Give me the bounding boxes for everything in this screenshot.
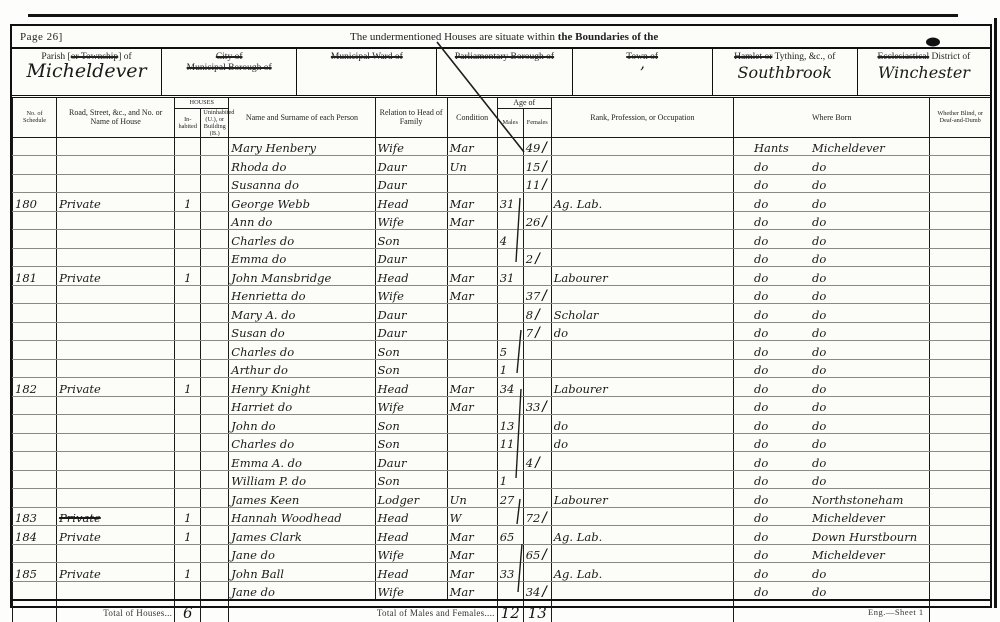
cell-condition: W bbox=[447, 507, 497, 526]
born-county: do bbox=[736, 420, 812, 433]
total-houses-value: 6 bbox=[175, 600, 201, 622]
cell-inhabited bbox=[175, 581, 201, 600]
page-number: Page 26] bbox=[12, 31, 350, 43]
born-county: do bbox=[736, 290, 812, 303]
born-place: do bbox=[812, 308, 826, 322]
cell-age-male: 4 bbox=[497, 230, 523, 249]
census-table-body: Mary HenberyWifeMar49∕HantsMicheldeverRh… bbox=[13, 137, 991, 600]
born-place: do bbox=[812, 400, 826, 414]
cell-age-female bbox=[523, 267, 551, 286]
born-place: do bbox=[812, 271, 826, 285]
cell-disability bbox=[930, 322, 990, 341]
cell-age-male bbox=[497, 137, 523, 156]
tally-mark: ∕ bbox=[534, 307, 541, 321]
cell-age-female bbox=[523, 526, 551, 545]
table-row: 185Private1John BallHeadMar33Ag. Lab.dod… bbox=[13, 563, 991, 582]
cell-disability bbox=[930, 415, 990, 434]
cell-relation: Son bbox=[375, 470, 447, 489]
cell-road: Private bbox=[57, 193, 175, 212]
born-county: do bbox=[736, 401, 812, 414]
born-place: do bbox=[812, 474, 826, 488]
footer-blank bbox=[930, 600, 990, 622]
district-cell: Parliamentary Borough of bbox=[437, 49, 572, 95]
born-place: do bbox=[812, 567, 826, 581]
cell-road bbox=[57, 433, 175, 452]
cell-road bbox=[57, 322, 175, 341]
cell-road bbox=[57, 581, 175, 600]
cell-age-female bbox=[523, 378, 551, 397]
cell-condition: Un bbox=[447, 489, 497, 508]
cell-name: Charles do bbox=[229, 230, 375, 249]
cell-age-female bbox=[523, 433, 551, 452]
cell-where-born: dodo bbox=[734, 156, 930, 175]
cell-occupation bbox=[551, 544, 733, 563]
col-uninhabited: Uninhabited (U.), or Building (B.) bbox=[201, 108, 229, 137]
cell-occupation bbox=[551, 174, 733, 193]
cell-age-female: 8∕ bbox=[523, 304, 551, 323]
col-houses: HOUSES bbox=[175, 98, 229, 108]
census-scan-page: Page 26] The undermentioned Houses are s… bbox=[0, 0, 1000, 622]
table-row: Emma A. doDaur4∕dodo bbox=[13, 452, 991, 471]
table-row: Charles doSon4dodo bbox=[13, 230, 991, 249]
cell-name: James Keen bbox=[229, 489, 375, 508]
cell-schedule: 183 bbox=[13, 507, 57, 526]
total-houses-label: Total of Houses... bbox=[57, 600, 175, 622]
cell-occupation bbox=[551, 359, 733, 378]
cell-where-born: dodo bbox=[734, 267, 930, 286]
cell-disability bbox=[930, 341, 990, 360]
cell-road: Private bbox=[57, 267, 175, 286]
cell-age-male: 27 bbox=[497, 489, 523, 508]
cell-where-born: dodo bbox=[734, 378, 930, 397]
document-frame: Page 26] The undermentioned Houses are s… bbox=[10, 24, 992, 608]
born-county: do bbox=[736, 272, 812, 285]
cell-relation: Daur bbox=[375, 322, 447, 341]
tally-mark: ∕ bbox=[534, 252, 541, 266]
cell-schedule: 180 bbox=[13, 193, 57, 212]
cell-where-born: dodo bbox=[734, 322, 930, 341]
cell-relation: Daur bbox=[375, 452, 447, 471]
cell-occupation: Ag. Lab. bbox=[551, 193, 733, 212]
cell-relation: Daur bbox=[375, 174, 447, 193]
cell-condition: Un bbox=[447, 156, 497, 175]
cell-inhabited: 1 bbox=[175, 563, 201, 582]
cell-where-born: doMicheldever bbox=[734, 507, 930, 526]
born-county: do bbox=[736, 586, 812, 599]
cell-where-born: dodo bbox=[734, 581, 930, 600]
cell-age-male: 1 bbox=[497, 470, 523, 489]
cell-disability bbox=[930, 544, 990, 563]
born-place: do bbox=[812, 437, 826, 451]
cell-condition bbox=[447, 470, 497, 489]
cell-schedule bbox=[13, 322, 57, 341]
cell-relation: Wife bbox=[375, 211, 447, 230]
cell-disability bbox=[930, 452, 990, 471]
born-county: do bbox=[736, 549, 812, 562]
tally-mark: ∕ bbox=[541, 585, 548, 599]
table-row: 181Private1John MansbridgeHeadMar31Labou… bbox=[13, 267, 991, 286]
cell-uninhabited bbox=[201, 489, 229, 508]
cell-where-born: dodo bbox=[734, 341, 930, 360]
table-row: Arthur doSon1dodo bbox=[13, 359, 991, 378]
cell-name: Henrietta do bbox=[229, 285, 375, 304]
table-row: Susan doDaur7∕dododo bbox=[13, 322, 991, 341]
cell-uninhabited bbox=[201, 230, 229, 249]
cell-where-born: HantsMicheldever bbox=[734, 137, 930, 156]
cell-occupation bbox=[551, 470, 733, 489]
table-row: Harriet doWifeMar33∕dodo bbox=[13, 396, 991, 415]
cell-condition: Mar bbox=[447, 544, 497, 563]
cell-disability bbox=[930, 581, 990, 600]
cell-road: Private bbox=[57, 378, 175, 397]
district-header: Parish [or Township] ofMicheldeverCity o… bbox=[12, 49, 990, 98]
cell-relation: Wife bbox=[375, 396, 447, 415]
cell-age-female bbox=[523, 193, 551, 212]
table-row: Mary HenberyWifeMar49∕HantsMicheldever bbox=[13, 137, 991, 156]
cell-disability bbox=[930, 285, 990, 304]
cell-inhabited bbox=[175, 322, 201, 341]
cell-road bbox=[57, 396, 175, 415]
cell-schedule bbox=[13, 433, 57, 452]
born-county: Hants bbox=[736, 142, 812, 155]
tally-mark: ∕ bbox=[541, 548, 548, 562]
cell-schedule bbox=[13, 285, 57, 304]
cell-schedule bbox=[13, 248, 57, 267]
cell-condition: Mar bbox=[447, 396, 497, 415]
born-place: Micheldever bbox=[812, 511, 885, 525]
cell-age-female bbox=[523, 470, 551, 489]
cell-schedule bbox=[13, 544, 57, 563]
cell-road bbox=[57, 341, 175, 360]
cell-where-born: dodo bbox=[734, 396, 930, 415]
cell-relation: Head bbox=[375, 378, 447, 397]
cell-schedule bbox=[13, 581, 57, 600]
born-place: do bbox=[812, 252, 826, 266]
cell-relation: Head bbox=[375, 193, 447, 212]
cell-road bbox=[57, 415, 175, 434]
district-cell: City ofMunicipal Borough of bbox=[162, 49, 297, 95]
born-county: do bbox=[736, 179, 812, 192]
cell-schedule: 182 bbox=[13, 378, 57, 397]
born-county: do bbox=[736, 457, 812, 470]
born-county: do bbox=[736, 216, 812, 229]
cell-relation: Wife bbox=[375, 544, 447, 563]
cell-name: John Ball bbox=[229, 563, 375, 582]
cell-disability bbox=[930, 507, 990, 526]
cell-age-female: 72∕ bbox=[523, 507, 551, 526]
born-county: do bbox=[736, 198, 812, 211]
district-label: Ecclesiastical District of bbox=[858, 52, 990, 63]
cell-uninhabited bbox=[201, 267, 229, 286]
cell-condition bbox=[447, 248, 497, 267]
tally-mark: ∕ bbox=[541, 141, 548, 155]
table-row: Charles doSon11dododo bbox=[13, 433, 991, 452]
cell-relation: Daur bbox=[375, 156, 447, 175]
cell-name: Susanna do bbox=[229, 174, 375, 193]
cell-age-male bbox=[497, 544, 523, 563]
cell-where-born: doMicheldever bbox=[734, 544, 930, 563]
cell-uninhabited bbox=[201, 193, 229, 212]
scan-edge-top bbox=[28, 14, 958, 17]
census-table: No. of Schedule Road, Street, &c., and N… bbox=[12, 98, 990, 622]
scan-edge-right bbox=[994, 18, 997, 608]
footer-blank bbox=[13, 600, 57, 622]
cell-age-female: 33∕ bbox=[523, 396, 551, 415]
cell-occupation: Scholar bbox=[551, 304, 733, 323]
cell-inhabited bbox=[175, 248, 201, 267]
district-label: Town of bbox=[573, 52, 712, 63]
cell-occupation bbox=[551, 137, 733, 156]
cell-uninhabited bbox=[201, 248, 229, 267]
cell-age-male bbox=[497, 248, 523, 267]
cell-road bbox=[57, 452, 175, 471]
cell-disability bbox=[930, 563, 990, 582]
footer-blank bbox=[551, 600, 733, 622]
cell-disability bbox=[930, 248, 990, 267]
cell-road: Private bbox=[57, 507, 175, 526]
cell-occupation: Ag. Lab. bbox=[551, 563, 733, 582]
cell-inhabited bbox=[175, 544, 201, 563]
cell-name: John do bbox=[229, 415, 375, 434]
cell-condition bbox=[447, 304, 497, 323]
born-county: do bbox=[736, 235, 812, 248]
cell-age-female: 37∕ bbox=[523, 285, 551, 304]
cell-condition: Mar bbox=[447, 563, 497, 582]
born-place: do bbox=[812, 178, 826, 192]
born-place: Northstoneham bbox=[812, 493, 903, 507]
cell-condition bbox=[447, 341, 497, 360]
cell-relation: Wife bbox=[375, 285, 447, 304]
cell-occupation bbox=[551, 396, 733, 415]
cell-occupation bbox=[551, 452, 733, 471]
cell-relation: Son bbox=[375, 359, 447, 378]
cell-age-male bbox=[497, 174, 523, 193]
cell-name: Mary A. do bbox=[229, 304, 375, 323]
born-place: do bbox=[812, 197, 826, 211]
cell-age-male: 31 bbox=[497, 267, 523, 286]
cell-disability bbox=[930, 526, 990, 545]
cell-name: Ann do bbox=[229, 211, 375, 230]
cell-inhabited bbox=[175, 156, 201, 175]
cell-age-female: 65∕ bbox=[523, 544, 551, 563]
cell-name: Charles do bbox=[229, 433, 375, 452]
born-place: do bbox=[812, 585, 826, 599]
cell-inhabited bbox=[175, 341, 201, 360]
cell-schedule bbox=[13, 489, 57, 508]
cell-uninhabited bbox=[201, 341, 229, 360]
district-label-segment: City of bbox=[216, 52, 243, 62]
table-row: Charles doSon5dodo bbox=[13, 341, 991, 360]
cell-relation: Head bbox=[375, 563, 447, 582]
cell-uninhabited bbox=[201, 507, 229, 526]
cell-road: Private bbox=[57, 563, 175, 582]
cell-occupation: do bbox=[551, 322, 733, 341]
cell-uninhabited bbox=[201, 174, 229, 193]
cell-age-female bbox=[523, 563, 551, 582]
district-label: Hamlet or Tything, &c., of bbox=[713, 52, 857, 63]
district-label-segment: Hamlet or bbox=[734, 52, 772, 62]
cell-condition: Mar bbox=[447, 581, 497, 600]
cell-name: John Mansbridge bbox=[229, 267, 375, 286]
cell-occupation bbox=[551, 211, 733, 230]
footer-blank bbox=[201, 600, 229, 622]
col-schedule: No. of Schedule bbox=[13, 98, 57, 137]
cell-schedule bbox=[13, 304, 57, 323]
table-row: John doSon13dododo bbox=[13, 415, 991, 434]
cell-road bbox=[57, 470, 175, 489]
top-note: The undermentioned Houses are situate wi… bbox=[350, 31, 990, 43]
cell-inhabited bbox=[175, 230, 201, 249]
tally-mark: ∕ bbox=[541, 289, 548, 303]
cell-uninhabited bbox=[201, 285, 229, 304]
cell-condition: Mar bbox=[447, 211, 497, 230]
cell-relation: Son bbox=[375, 341, 447, 360]
cell-uninhabited bbox=[201, 396, 229, 415]
cell-inhabited bbox=[175, 359, 201, 378]
cell-where-born: dodo bbox=[734, 248, 930, 267]
cell-road bbox=[57, 174, 175, 193]
table-row: Henrietta doWifeMar37∕dodo bbox=[13, 285, 991, 304]
cell-uninhabited bbox=[201, 378, 229, 397]
cell-age-male: 13 bbox=[497, 415, 523, 434]
cell-uninhabited bbox=[201, 581, 229, 600]
cell-occupation bbox=[551, 581, 733, 600]
cell-road: Private bbox=[57, 526, 175, 545]
cell-occupation bbox=[551, 507, 733, 526]
cell-relation: Wife bbox=[375, 581, 447, 600]
cell-condition bbox=[447, 415, 497, 434]
cell-name: Emma do bbox=[229, 248, 375, 267]
cell-inhabited: 1 bbox=[175, 507, 201, 526]
cell-uninhabited bbox=[201, 563, 229, 582]
table-row: James KeenLodgerUn27LabourerdoNorthstone… bbox=[13, 489, 991, 508]
cell-where-born: dodo bbox=[734, 230, 930, 249]
cell-inhabited bbox=[175, 415, 201, 434]
cell-inhabited bbox=[175, 489, 201, 508]
district-cell: Municipal Ward of bbox=[297, 49, 437, 95]
cell-age-female: 2∕ bbox=[523, 248, 551, 267]
cell-disability bbox=[930, 156, 990, 175]
cell-relation: Daur bbox=[375, 304, 447, 323]
cell-relation: Lodger bbox=[375, 489, 447, 508]
born-place: do bbox=[812, 345, 826, 359]
cell-road bbox=[57, 489, 175, 508]
cell-schedule bbox=[13, 396, 57, 415]
cell-age-female: 11∕ bbox=[523, 174, 551, 193]
cell-inhabited bbox=[175, 137, 201, 156]
born-place: do bbox=[812, 289, 826, 303]
district-handwritten-value: Southbrook bbox=[713, 63, 857, 83]
cell-name: James Clark bbox=[229, 526, 375, 545]
cell-uninhabited bbox=[201, 137, 229, 156]
cell-schedule bbox=[13, 470, 57, 489]
cell-age-male bbox=[497, 452, 523, 471]
cell-age-male bbox=[497, 322, 523, 341]
cell-inhabited bbox=[175, 211, 201, 230]
cell-name: William P. do bbox=[229, 470, 375, 489]
cell-age-female bbox=[523, 415, 551, 434]
cell-where-born: dodo bbox=[734, 285, 930, 304]
cell-age-male: 33 bbox=[497, 563, 523, 582]
cell-name: Emma A. do bbox=[229, 452, 375, 471]
district-label-segment: Municipal Ward of bbox=[331, 52, 403, 62]
cell-age-female bbox=[523, 489, 551, 508]
col-occupation: Rank, Profession, or Occupation bbox=[551, 98, 733, 137]
cell-age-female: 7∕ bbox=[523, 322, 551, 341]
cell-relation: Head bbox=[375, 526, 447, 545]
cell-disability bbox=[930, 137, 990, 156]
cell-road bbox=[57, 230, 175, 249]
cell-inhabited bbox=[175, 304, 201, 323]
tally-mark: ∕ bbox=[534, 326, 541, 340]
cell-occupation: Ag. Lab. bbox=[551, 526, 733, 545]
cell-age-male: 11 bbox=[497, 433, 523, 452]
total-males-value: 12 bbox=[497, 600, 523, 622]
cell-relation: Son bbox=[375, 230, 447, 249]
district-label-segment: Parliamentary Borough of bbox=[455, 52, 554, 62]
cell-where-born: doDown Hurstbourn bbox=[734, 526, 930, 545]
cell-age-female bbox=[523, 341, 551, 360]
cell-age-male: 34 bbox=[497, 378, 523, 397]
cell-name: Jane do bbox=[229, 544, 375, 563]
cell-condition bbox=[447, 433, 497, 452]
born-place: do bbox=[812, 215, 826, 229]
cell-relation: Son bbox=[375, 433, 447, 452]
cell-disability bbox=[930, 489, 990, 508]
tally-mark: ∕ bbox=[541, 400, 548, 414]
cell-age-male: 1 bbox=[497, 359, 523, 378]
cell-where-born: dodo bbox=[734, 433, 930, 452]
cell-name: Susan do bbox=[229, 322, 375, 341]
col-age: Age of bbox=[497, 98, 551, 108]
district-label-segment: Ecclesiastical bbox=[877, 52, 929, 62]
born-place: do bbox=[812, 326, 826, 340]
tally-mark: ∕ bbox=[541, 511, 548, 525]
cell-uninhabited bbox=[201, 211, 229, 230]
table-row: Susanna doDaur11∕dodo bbox=[13, 174, 991, 193]
cell-uninhabited bbox=[201, 470, 229, 489]
top-note-normal: The undermentioned Houses are situate wi… bbox=[350, 31, 558, 43]
born-place: do bbox=[812, 363, 826, 377]
cell-uninhabited bbox=[201, 156, 229, 175]
cell-occupation bbox=[551, 248, 733, 267]
born-county: do bbox=[736, 253, 812, 266]
cell-name: Jane do bbox=[229, 581, 375, 600]
table-row: 183Private1Hannah WoodheadHeadW72∕doMich… bbox=[13, 507, 991, 526]
cell-road bbox=[57, 137, 175, 156]
cell-relation: Son bbox=[375, 415, 447, 434]
cell-occupation: Labourer bbox=[551, 489, 733, 508]
col-males: Males bbox=[497, 108, 523, 137]
cell-name: Mary Henbery bbox=[229, 137, 375, 156]
cell-name: Charles do bbox=[229, 341, 375, 360]
born-county: do bbox=[736, 364, 812, 377]
cell-occupation: do bbox=[551, 433, 733, 452]
sheet-label: Eng.—Sheet 1 bbox=[868, 607, 924, 617]
district-label-segment: Tything, &c., of bbox=[772, 52, 835, 62]
col-females: Females bbox=[523, 108, 551, 137]
cell-condition bbox=[447, 322, 497, 341]
col-name: Name and Surname of each Person bbox=[229, 98, 375, 137]
cell-inhabited bbox=[175, 452, 201, 471]
cell-occupation: do bbox=[551, 415, 733, 434]
col-road: Road, Street, &c., and No. or Name of Ho… bbox=[57, 98, 175, 137]
cell-uninhabited bbox=[201, 415, 229, 434]
born-county: do bbox=[736, 475, 812, 488]
cell-name: Arthur do bbox=[229, 359, 375, 378]
district-label-segment: District of bbox=[929, 52, 970, 62]
cell-age-male: 5 bbox=[497, 341, 523, 360]
